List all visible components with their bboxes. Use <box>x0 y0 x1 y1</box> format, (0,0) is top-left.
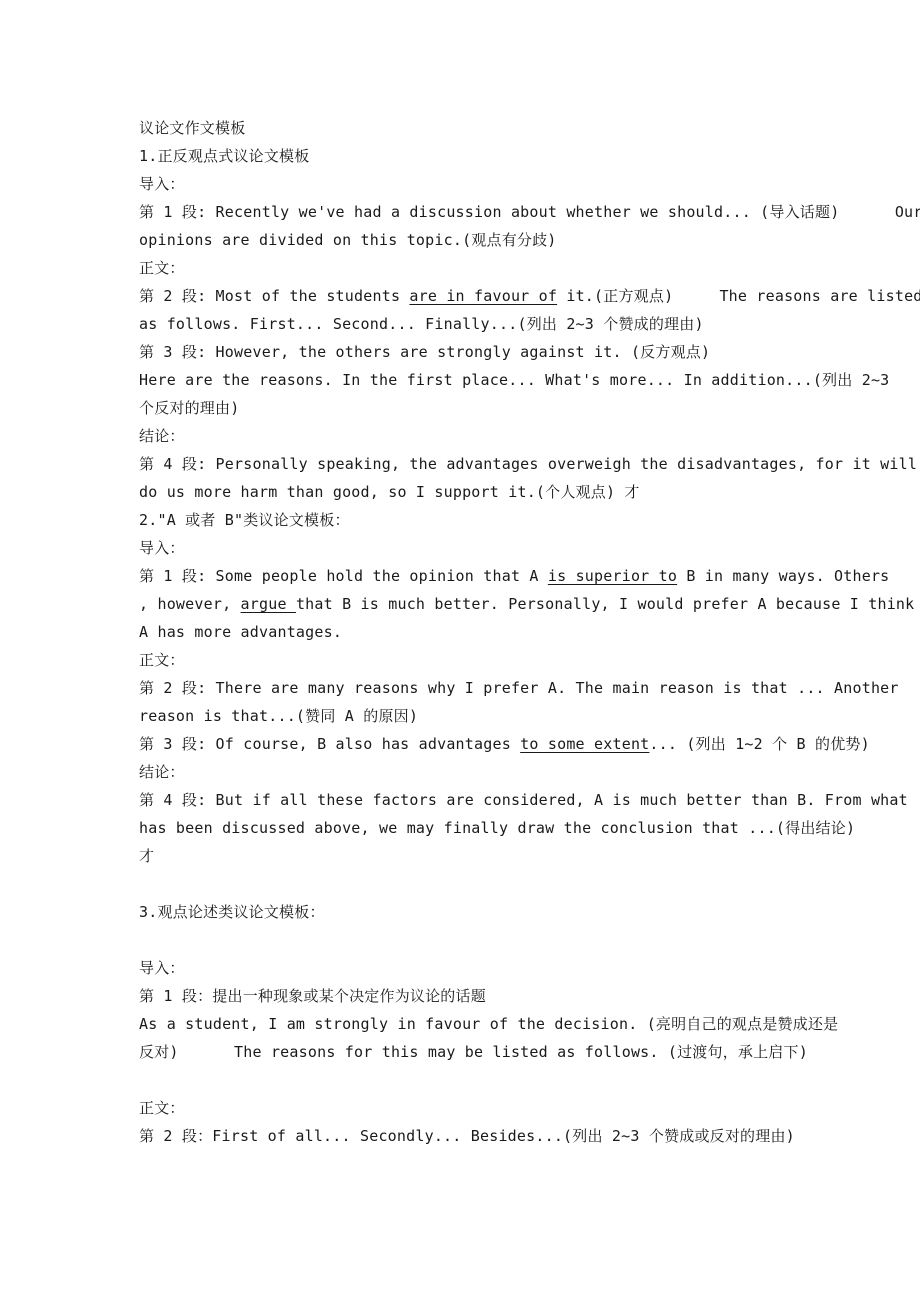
underlined-phrase: are in favour of <box>409 287 557 305</box>
text-line: 导入： <box>139 170 920 198</box>
text-segment: 导入： <box>139 175 185 193</box>
text-segment: do us more harm than good, so I support … <box>139 483 640 501</box>
text-segment: 第 1 段: Some people hold the opinion that… <box>139 567 548 585</box>
text-segment: 第 4 段: But if all these factors are cons… <box>139 791 908 809</box>
text-segment: as follows. First... Second... Finally..… <box>139 315 704 333</box>
text-segment: 第 4 段: Personally speaking, the advantag… <box>139 455 917 473</box>
text-segment: 第 2 段: There are many reasons why I pref… <box>139 679 899 697</box>
text-segment: 第 2 段: Most of the students <box>139 287 409 305</box>
text-line: 第 4 段: Personally speaking, the advantag… <box>139 450 920 478</box>
text-line: 结论： <box>139 758 920 786</box>
text-segment: it.(正方观点) The reasons are listed <box>557 287 920 305</box>
blank-line <box>139 1066 920 1094</box>
document-content: 议论文作文模板1.正反观点式议论文模板导入：第 1 段: Recently we… <box>139 114 920 1150</box>
underlined-phrase: to some extent <box>520 735 649 753</box>
text-line: 正文： <box>139 254 920 282</box>
text-segment: 第 2 段：First of all... Secondly... Beside… <box>139 1127 795 1145</box>
text-line: 正文： <box>139 646 920 674</box>
text-segment: 才 <box>139 847 154 865</box>
text-line: 第 2 段：First of all... Secondly... Beside… <box>139 1122 920 1150</box>
text-segment: , however, <box>139 595 241 613</box>
text-line: as follows. First... Second... Finally..… <box>139 310 920 338</box>
text-line: 反对) The reasons for this may be listed a… <box>139 1038 920 1066</box>
text-segment: ... (列出 1~2 个 B 的优势) <box>649 735 869 753</box>
text-line: 第 1 段: Some people hold the opinion that… <box>139 562 920 590</box>
blank-line <box>139 926 920 954</box>
text-line: 第 1 段：提出一种现象或某个决定作为议论的话题 <box>139 982 920 1010</box>
text-segment: A has more advantages. <box>139 623 342 641</box>
text-line: 第 2 段: There are many reasons why I pref… <box>139 674 920 702</box>
text-line: 正文： <box>139 1094 920 1122</box>
text-segment: 议论文作文模板 <box>139 119 245 137</box>
text-segment: 正文： <box>139 1099 185 1117</box>
underlined-phrase: argue <box>241 595 296 613</box>
text-line: 结论： <box>139 422 920 450</box>
text-line: 导入： <box>139 954 920 982</box>
text-line: 第 3 段: However, the others are strongly … <box>139 338 920 366</box>
text-line: 3.观点论述类议论文模板： <box>139 898 920 926</box>
text-segment: 个反对的理由) <box>139 399 239 417</box>
text-line: , however, argue that B is much better. … <box>139 590 920 618</box>
text-line: 1.正反观点式议论文模板 <box>139 142 920 170</box>
text-line: do us more harm than good, so I support … <box>139 478 920 506</box>
text-segment: 第 3 段: Of course, B also has advantages <box>139 735 520 753</box>
text-line: reason is that...(赞同 A 的原因) <box>139 702 920 730</box>
text-segment: 2."A 或者 B"类议论文模板： <box>139 511 350 529</box>
text-line: 2."A 或者 B"类议论文模板： <box>139 506 920 534</box>
text-segment: 反对) The reasons for this may be listed a… <box>139 1043 808 1061</box>
text-line: opinions are divided on this topic.(观点有分… <box>139 226 920 254</box>
text-segment: 第 3 段: However, the others are strongly … <box>139 343 710 361</box>
text-line: As a student, I am strongly in favour of… <box>139 1010 920 1038</box>
text-line: 导入： <box>139 534 920 562</box>
text-segment: Here are the reasons. In the first place… <box>139 371 889 389</box>
document-page: 议论文作文模板1.正反观点式议论文模板导入：第 1 段: Recently we… <box>0 0 920 1302</box>
text-segment: reason is that...(赞同 A 的原因) <box>139 707 418 725</box>
text-segment: that B is much better. Personally, I wou… <box>296 595 914 613</box>
text-segment: 结论： <box>139 427 185 445</box>
text-segment: 导入： <box>139 539 185 557</box>
text-line: 议论文作文模板 <box>139 114 920 142</box>
text-line: 才 <box>139 842 920 870</box>
text-segment: 导入： <box>139 959 185 977</box>
text-line: 第 2 段: Most of the students are in favou… <box>139 282 920 310</box>
text-line: 第 1 段: Recently we've had a discussion a… <box>139 198 920 226</box>
text-segment: 第 1 段：提出一种现象或某个决定作为议论的话题 <box>139 987 486 1005</box>
text-segment: 3.观点论述类议论文模板： <box>139 903 325 921</box>
text-line: Here are the reasons. In the first place… <box>139 366 920 394</box>
text-segment: 正文： <box>139 651 185 669</box>
text-segment: As a student, I am strongly in favour of… <box>139 1015 838 1033</box>
blank-line <box>139 870 920 898</box>
text-segment: has been discussed above, we may finally… <box>139 819 855 837</box>
text-segment: 第 1 段: Recently we've had a discussion a… <box>139 203 920 221</box>
text-line: A has more advantages. <box>139 618 920 646</box>
text-segment: 正文： <box>139 259 185 277</box>
text-segment: 1.正反观点式议论文模板 <box>139 147 309 165</box>
text-segment: opinions are divided on this topic.(观点有分… <box>139 231 557 249</box>
text-line: 个反对的理由) <box>139 394 920 422</box>
text-segment: 结论： <box>139 763 185 781</box>
text-line: has been discussed above, we may finally… <box>139 814 920 842</box>
text-line: 第 3 段: Of course, B also has advantages … <box>139 730 920 758</box>
text-segment: B in many ways. Others <box>677 567 889 585</box>
text-line: 第 4 段: But if all these factors are cons… <box>139 786 920 814</box>
underlined-phrase: is superior to <box>548 567 677 585</box>
